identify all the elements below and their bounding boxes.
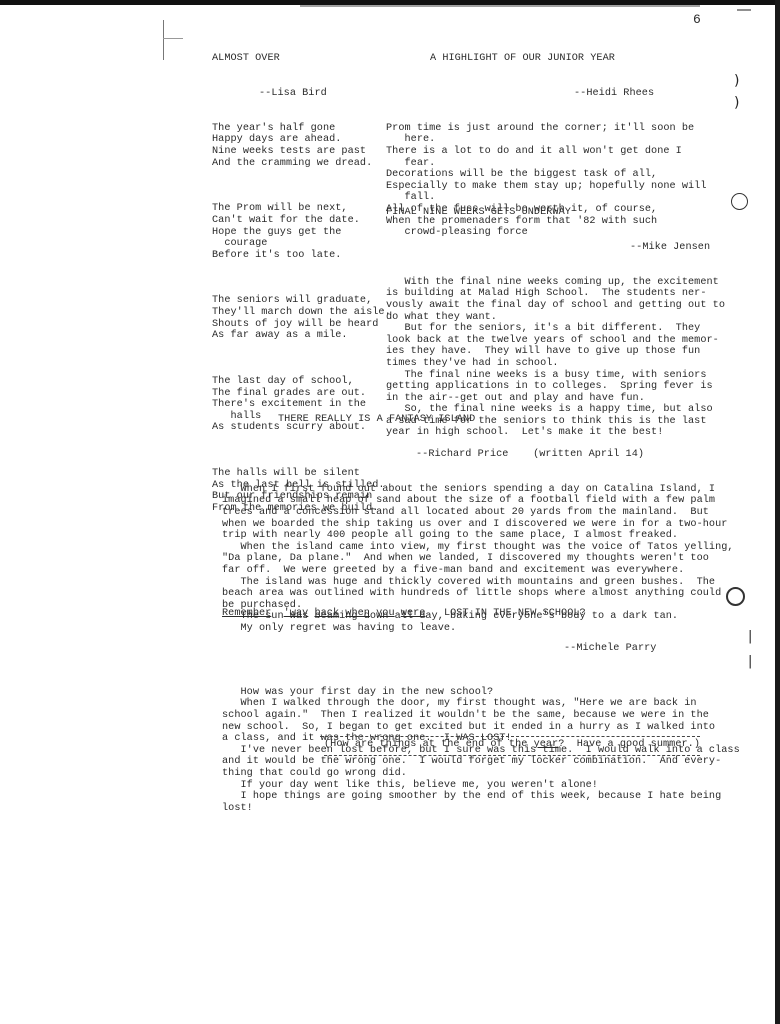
scan-smudge: ― [737,2,751,18]
margin-tick [163,38,183,39]
poem-stanza-3: The seniors will graduate, They'll march… [212,295,391,341]
footer-note: (How are things at the end of the year? … [324,739,700,751]
dashed-rule-bottom [324,755,700,756]
article-author: --Michele Parry [222,643,740,655]
margin-bracket-icon: ) [734,73,739,89]
poem-author: --Lisa Bird [212,88,391,100]
article-title: LOST IN THE NEW SCHOOL? [444,608,586,619]
punch-hole-icon [731,193,748,210]
scan-shadow [300,5,700,7]
margin-bracket-icon: | [748,654,752,669]
article-title-line: Remember 'way back when you were LOST IN… [222,608,740,620]
article-author: --Heidi Rhees [386,88,707,100]
title-word: were [401,608,426,619]
article-author: --Mike Jensen [386,242,725,254]
poem-stanza-2: The Prom will be next, Can't wait for th… [212,203,391,261]
title-word: back [314,608,339,619]
dashed-rule-top [320,736,700,737]
title-word: when [345,608,370,619]
footer-text-underlined: year [534,739,559,750]
margin-bracket-icon: ) [734,95,739,111]
margin-line [163,20,164,60]
article-author: --Richard Price [416,449,508,460]
footer-text-after: ? Have a good summer.) [558,739,700,750]
article-title: THERE REALLY IS A FANTASY ISLAND [222,414,734,426]
title-word: 'way [284,608,309,619]
scan-right-edge [775,0,780,1024]
article-date-note: (written April 14) [533,449,644,460]
title-word: you [376,608,395,619]
margin-bracket-icon: | [748,629,752,644]
poem-title: ALMOST OVER [212,53,391,65]
article-byline: --Richard Price (written April 14) [222,449,734,461]
article-lost: Remember 'way back when you were LOST IN… [222,585,740,826]
title-word: Remember [222,608,271,619]
article-title: A HIGHLIGHT OF OUR JUNIOR YEAR [386,53,707,65]
poem-stanza-1: The year's half gone Happy days are ahea… [212,123,391,169]
page-number: 6 [693,12,701,27]
article-title: FINAL NINE WEEKS GETS UNDERWAY [386,207,725,219]
footer-text-before: (How are things at the end of the [324,739,534,750]
